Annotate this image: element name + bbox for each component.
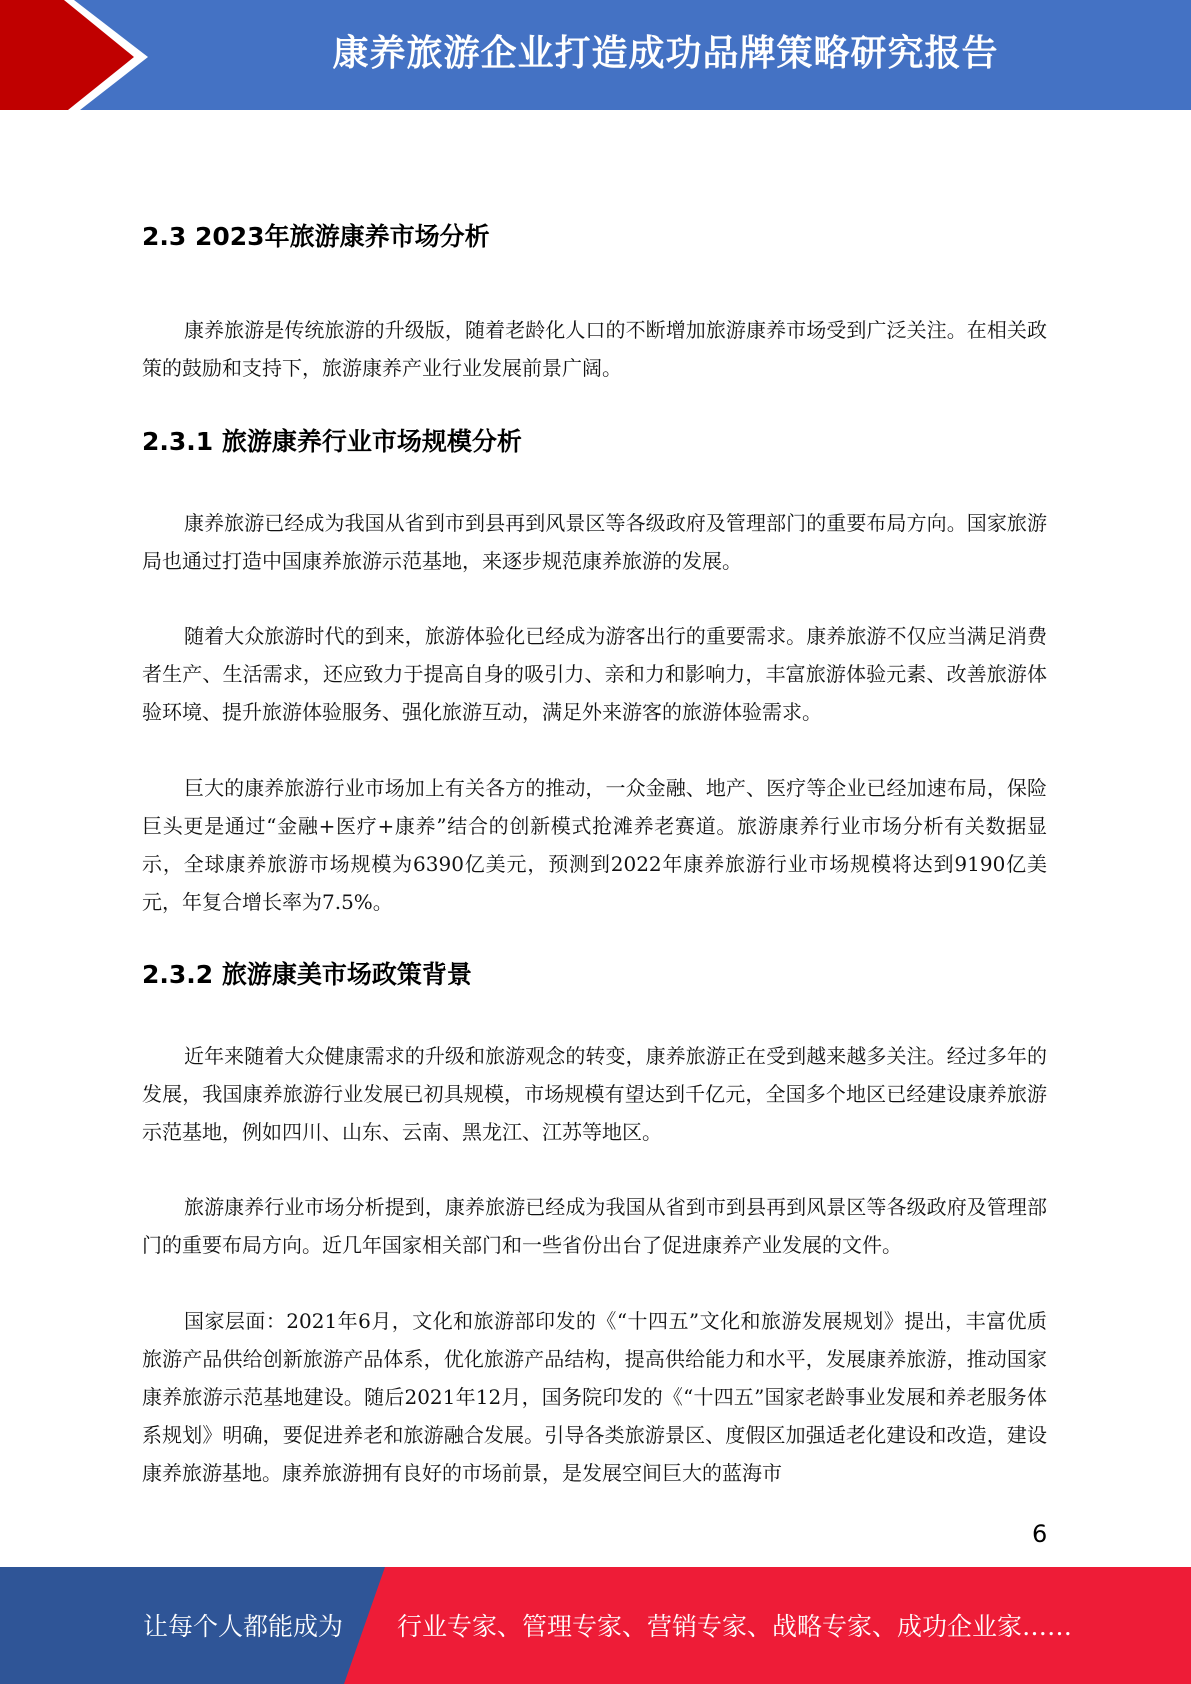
- paragraph-market-scale-2: 随着大众旅游时代的到来，旅游体验化已经成为游客出行的重要需求。康养旅游不仅应当满…: [142, 617, 1047, 731]
- page-number: 6: [1032, 1518, 1047, 1550]
- paragraph-policy-2: 旅游康养行业市场分析提到，康养旅游已经成为我国从省到市到县再到风景区等各级政府及…: [142, 1188, 1047, 1264]
- section-heading-2-3-1: 2.3.1 旅游康养行业市场规模分析: [142, 425, 522, 459]
- paragraph-market-scale-3: 巨大的康养旅游行业市场加上有关各方的推动，一众金融、地产、医疗等企业已经加速布局…: [142, 769, 1047, 921]
- section-heading-2-3: 2.3 2023年旅游康养市场分析: [142, 220, 490, 254]
- red-arrow-icon: [0, 0, 160, 110]
- section-heading-2-3-2: 2.3.2 旅游康美市场政策背景: [142, 958, 472, 992]
- paragraph-policy-3: 国家层面：2021年6月，文化和旅游部印发的《“十四五”文化和旅游发展规划》提出…: [142, 1302, 1047, 1492]
- report-title: 康养旅游企业打造成功品牌策略研究报告: [140, 30, 1191, 78]
- footer-slogan-right: 行业专家、管理专家、营销专家、战略专家、成功企业家……: [397, 1609, 1072, 1645]
- page-footer-band: 让每个人都能成为 行业专家、管理专家、营销专家、战略专家、成功企业家……: [0, 1567, 1191, 1684]
- paragraph-policy-1: 近年来随着大众健康需求的升级和旅游观念的转变，康养旅游正在受到越来越多关注。经过…: [142, 1037, 1047, 1151]
- page-header-band: 康养旅游企业打造成功品牌策略研究报告: [0, 0, 1191, 110]
- paragraph-intro: 康养旅游是传统旅游的升级版，随着老龄化人口的不断增加旅游康养市场受到广泛关注。在…: [142, 311, 1047, 387]
- footer-slogan-left: 让每个人都能成为: [143, 1609, 343, 1645]
- paragraph-market-scale-1: 康养旅游已经成为我国从省到市到县再到风景区等各级政府及管理部门的重要布局方向。国…: [142, 504, 1047, 580]
